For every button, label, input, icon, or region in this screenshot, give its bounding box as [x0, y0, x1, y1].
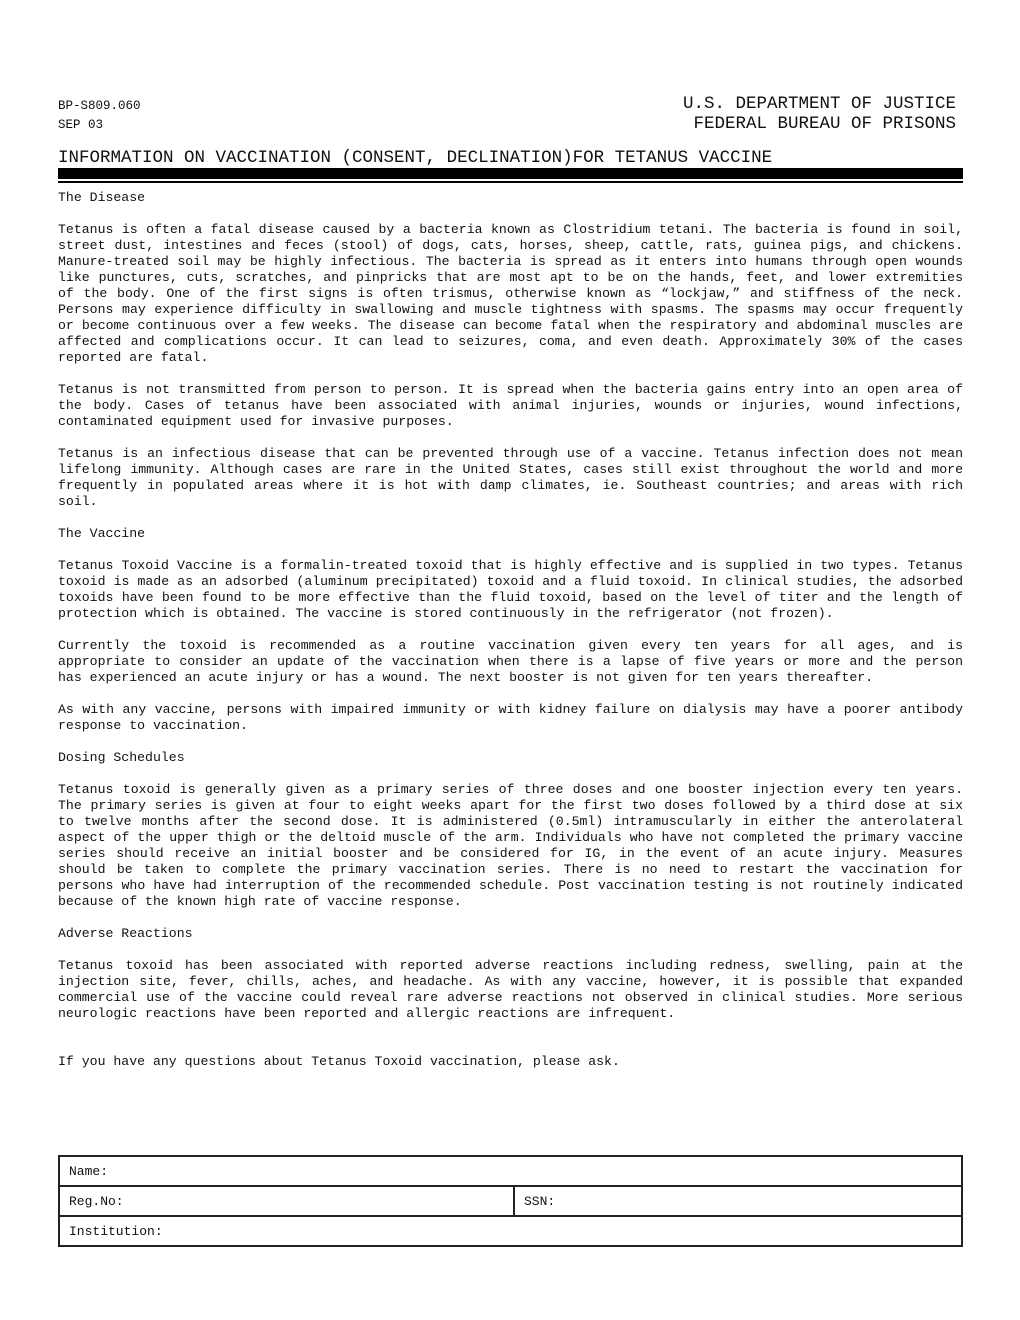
- agency-bureau: FEDERAL BUREAU OF PRISONS: [683, 114, 956, 134]
- section-heading: The Vaccine: [58, 526, 963, 542]
- closing-note: If you have any questions about Tetanus …: [58, 1054, 963, 1070]
- institution-field[interactable]: Institution:: [59, 1216, 962, 1246]
- ssn-field[interactable]: SSN:: [514, 1186, 962, 1216]
- title-rule-thin: [58, 181, 963, 183]
- paragraph: Tetanus is an infectious disease that ca…: [58, 446, 963, 510]
- form-identifier: BP-S809.060 SEP 03: [58, 97, 141, 135]
- ssn-label: SSN:: [524, 1194, 555, 1209]
- paragraph: As with any vaccine, persons with impair…: [58, 702, 963, 734]
- form-row-institution: Institution:: [59, 1216, 962, 1246]
- paragraph: Tetanus toxoid has been associated with …: [58, 958, 963, 1022]
- section-adverse-reactions: Adverse Reactions Tetanus toxoid has bee…: [58, 926, 963, 1022]
- paragraph: Currently the toxoid is recommended as a…: [58, 638, 963, 686]
- institution-label: Institution:: [69, 1224, 163, 1239]
- title-rule-thick: [58, 168, 963, 179]
- section-disease: The Disease Tetanus is often a fatal dis…: [58, 190, 963, 510]
- form-date: SEP 03: [58, 116, 141, 135]
- patient-info-form: Name: Reg.No: SSN: Institution:: [58, 1155, 963, 1247]
- paragraph: Tetanus toxoid is generally given as a p…: [58, 782, 963, 910]
- reg-no-field[interactable]: Reg.No:: [59, 1186, 514, 1216]
- reg-no-label: Reg.No:: [69, 1194, 124, 1209]
- name-label: Name:: [69, 1164, 108, 1179]
- form-number: BP-S809.060: [58, 97, 141, 116]
- section-dosing: Dosing Schedules Tetanus toxoid is gener…: [58, 750, 963, 910]
- paragraph: Tetanus is not transmitted from person t…: [58, 382, 963, 430]
- section-heading: The Disease: [58, 190, 963, 206]
- form-row-name: Name:: [59, 1156, 962, 1186]
- document-title: INFORMATION ON VACCINATION (CONSENT, DEC…: [58, 148, 772, 168]
- paragraph: Tetanus Toxoid Vaccine is a formalin-tre…: [58, 558, 963, 622]
- name-field[interactable]: Name:: [59, 1156, 962, 1186]
- document-body: The Disease Tetanus is often a fatal dis…: [58, 190, 963, 1070]
- agency-header: U.S. DEPARTMENT OF JUSTICE FEDERAL BUREA…: [683, 94, 956, 134]
- section-heading: Dosing Schedules: [58, 750, 963, 766]
- section-vaccine: The Vaccine Tetanus Toxoid Vaccine is a …: [58, 526, 963, 734]
- section-heading: Adverse Reactions: [58, 926, 963, 942]
- agency-department: U.S. DEPARTMENT OF JUSTICE: [683, 94, 956, 114]
- paragraph: Tetanus is often a fatal disease caused …: [58, 222, 963, 366]
- form-row-reg-ssn: Reg.No: SSN:: [59, 1186, 962, 1216]
